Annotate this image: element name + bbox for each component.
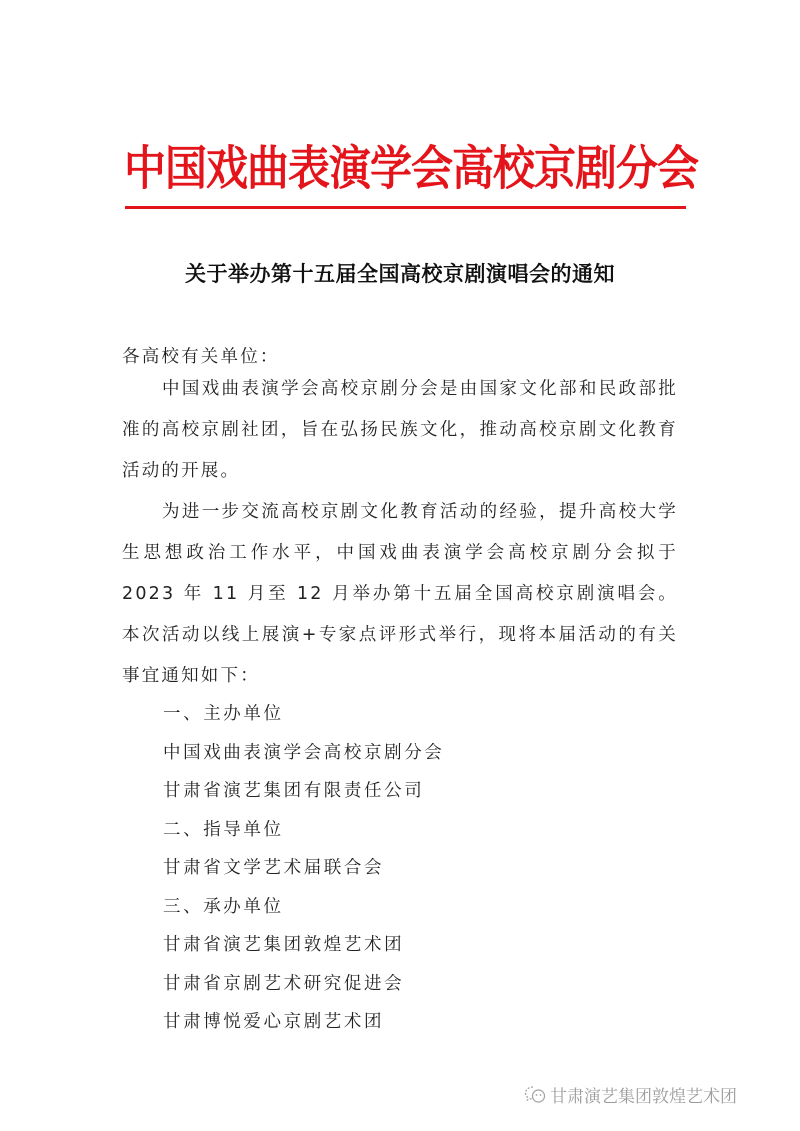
letterhead-red-rule (125, 206, 686, 209)
document-page: 中国戏曲表演学会高校京剧分会 关于举办第十五届全国高校京剧演唱会的通知 各高校有… (0, 0, 800, 1131)
paragraph-announcement: 为进一步交流高校京剧文化教育活动的经验，提升高校大学生思想政治工作水平，中国戏曲… (122, 492, 678, 697)
host-organization: 中国戏曲表演学会高校京剧分会 (163, 734, 663, 773)
host-organization: 甘肃省演艺集团有限责任公司 (163, 772, 663, 811)
section-heading-host: 一、主办单位 (163, 695, 663, 734)
organizers-list: 一、主办单位 中国戏曲表演学会高校京剧分会 甘肃省演艺集团有限责任公司 二、指导… (163, 695, 663, 1042)
salutation: 各高校有关单位： (122, 342, 678, 372)
organization-letterhead: 中国戏曲表演学会高校京剧分会 (124, 139, 686, 199)
watermark-account-name: 甘肃演艺集团敦煌艺术团 (550, 1082, 737, 1107)
undertaker-organization: 甘肃博悦爱心京剧艺术团 (163, 1003, 663, 1042)
undertaker-organization: 甘肃省京剧艺术研究促进会 (163, 965, 663, 1004)
paragraph-intro: 中国戏曲表演学会高校京剧分会是由国家文化部和民政部批准的高校京剧社团，旨在弘扬民… (122, 369, 678, 492)
section-heading-undertaker: 三、承办单位 (163, 888, 663, 927)
guidance-organization: 甘肃省文学艺术届联合会 (163, 849, 663, 888)
notice-title: 关于举办第十五届全国高校京剧演唱会的通知 (100, 258, 700, 290)
section-heading-guidance: 二、指导单位 (163, 811, 663, 850)
wechat-icon (524, 1084, 546, 1104)
wechat-watermark: 甘肃演艺集团敦煌艺术团 (524, 1082, 737, 1106)
undertaker-organization: 甘肃省演艺集团敦煌艺术团 (163, 926, 663, 965)
